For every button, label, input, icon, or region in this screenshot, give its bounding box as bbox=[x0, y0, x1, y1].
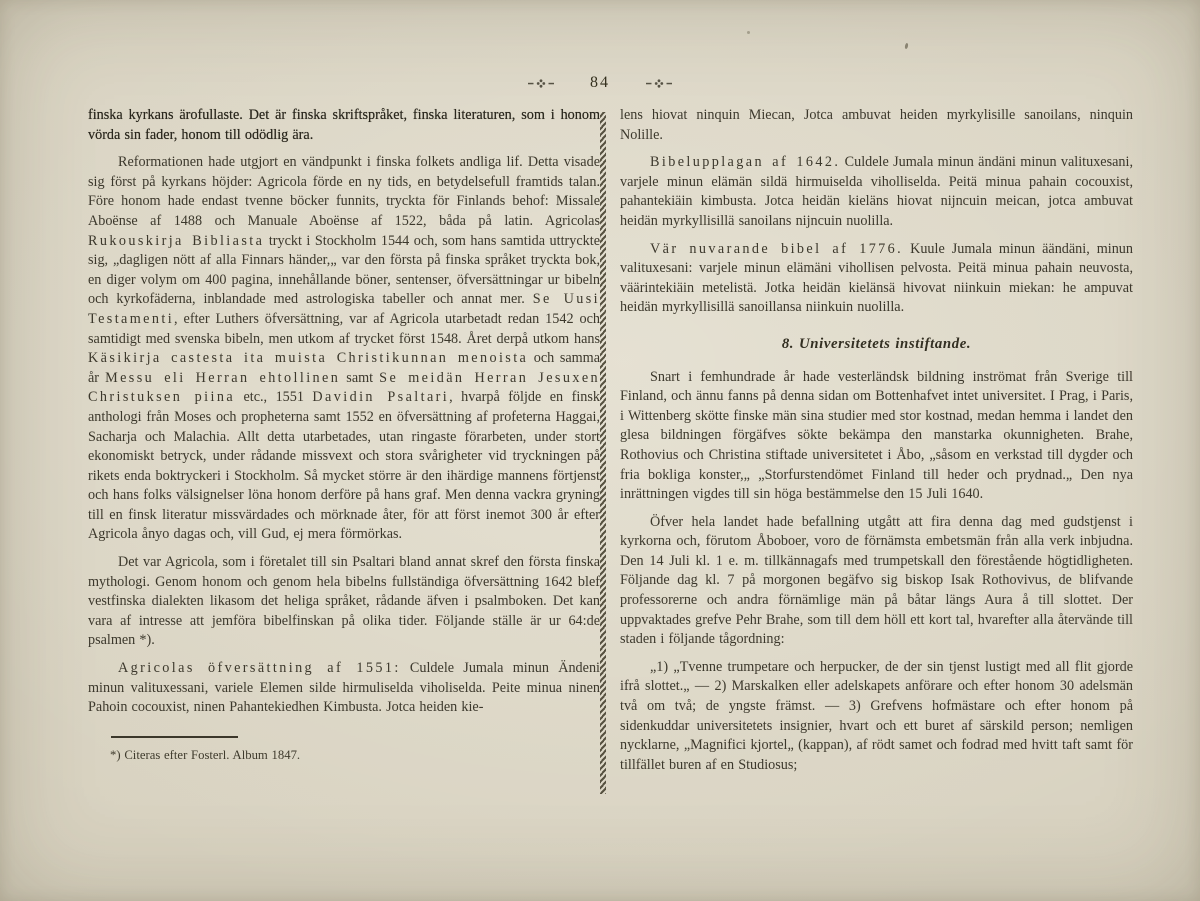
paragraph: Agricolas öfversättning af 1551: Culdele… bbox=[88, 659, 600, 718]
text-segment-spaced: Vär nuvarande bibel af 1776. bbox=[650, 241, 903, 257]
page-number: 84 bbox=[590, 74, 610, 92]
text-segment-normal: Snart i femhundrade år hade vesterländsk… bbox=[620, 369, 1133, 503]
fleuron-icon bbox=[528, 79, 554, 88]
text-segment-normal: , hvarpå följde en finsk anthologi från … bbox=[88, 389, 600, 542]
paragraph: Vär nuvarande bibel af 1776. Kuule Jumal… bbox=[620, 240, 1133, 318]
scan-artifact bbox=[747, 31, 750, 34]
text-segment-normal: „1) „Tvenne trumpetare och herpucker, de… bbox=[620, 659, 1133, 773]
footnote-block: *) Citeras efter Fosterl. Album 1847. bbox=[88, 736, 600, 764]
text-segment-normal: Reformationen hade utgjort en vändpunkt … bbox=[88, 154, 600, 229]
page-header: 84 bbox=[0, 74, 1200, 92]
left-column: finska kyrkans ärofullaste. Det är finsk… bbox=[88, 106, 600, 764]
paragraph: Bibelupplagan af 1642. Culdele Jumala mi… bbox=[620, 153, 1133, 231]
text-segment-spaced: Agricolas öfversättning af 1551: bbox=[118, 660, 401, 676]
text-segment-normal: Det var Agricola, som i företalet till s… bbox=[88, 554, 600, 648]
scan-artifact bbox=[904, 43, 908, 49]
right-column: lens hiovat ninquin Miecan, Jotca ambuva… bbox=[620, 106, 1133, 783]
text-segment-normal: etc., 1551 bbox=[235, 389, 312, 405]
text-segment-normal: finska kyrkans ärofullaste. Det är finsk… bbox=[88, 107, 600, 143]
paragraph: Reformationen hade utgjort en vändpunkt … bbox=[88, 153, 600, 545]
paragraph: Det var Agricola, som i företalet till s… bbox=[88, 553, 600, 651]
section-heading: 8. Universitetets instiftande. bbox=[620, 335, 1133, 355]
paragraph: lens hiovat ninquin Miecan, Jotca ambuva… bbox=[620, 106, 1133, 145]
text-segment-normal: Öfver hela landet hade befallning utgått… bbox=[620, 514, 1133, 648]
text-segment-spaced: Bibelupplagan af 1642. bbox=[650, 154, 840, 170]
text-segment-normal: lens hiovat ninquin Miecan, Jotca ambuva… bbox=[620, 107, 1133, 143]
column-divider bbox=[600, 112, 606, 794]
book-page-scan: 84 finska kyrkans ärofullaste. Det är fi… bbox=[0, 0, 1200, 901]
fleuron-icon bbox=[646, 79, 672, 88]
paragraph: „1) „Tvenne trumpetare och herpucker, de… bbox=[620, 658, 1133, 776]
paragraph: finska kyrkans ärofullaste. Det är finsk… bbox=[88, 106, 600, 145]
paragraph: Snart i femhundrade år hade vesterländsk… bbox=[620, 368, 1133, 505]
paragraph: Öfver hela landet hade befallning utgått… bbox=[620, 513, 1133, 650]
text-segment-spaced: Messu eli Herran ehtollinen bbox=[105, 370, 340, 386]
text-segment-spaced: Käsikirja castesta ita muista Christikun… bbox=[88, 350, 528, 366]
text-segment-spaced: Davidin Psaltari bbox=[312, 389, 449, 405]
footnote-rule bbox=[111, 736, 238, 738]
footnote-text: *) Citeras efter Fosterl. Album 1847. bbox=[88, 747, 600, 764]
fleuron-ornament-left-icon bbox=[528, 79, 554, 88]
fleuron-ornament-right-icon bbox=[646, 79, 672, 88]
text-segment-normal: samt bbox=[340, 370, 379, 386]
text-segment-spaced: Rukouskirja Bibliasta bbox=[88, 233, 264, 249]
